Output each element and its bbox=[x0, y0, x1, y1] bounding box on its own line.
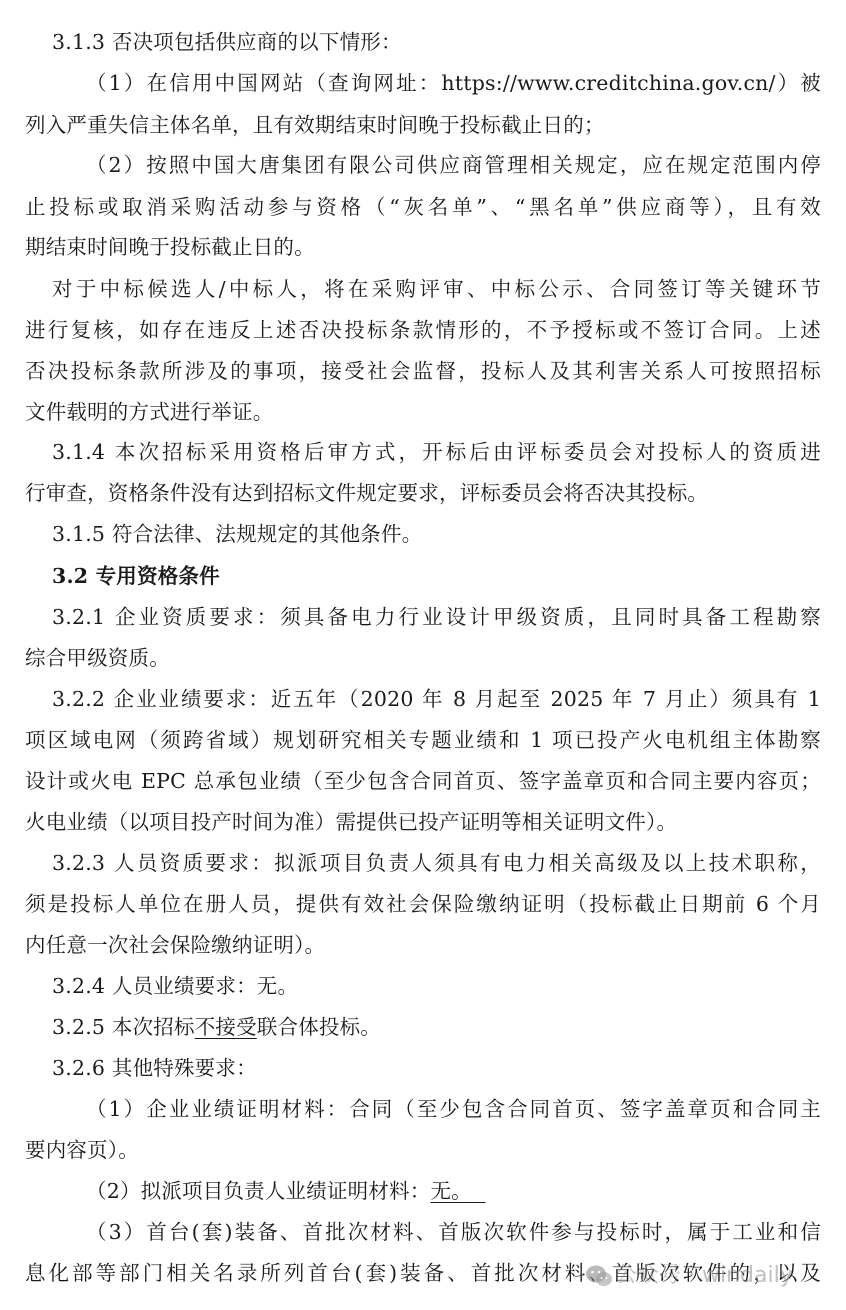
clause-3-2-2-cont-3: 火电业绩（以项目投产时间为准）需提供已投产证明等相关证明文件）。 bbox=[25, 802, 821, 843]
clause-3-2-5-suffix: 联合体投标。 bbox=[257, 1015, 381, 1039]
clause-3-2-5-underlined: 不接受 bbox=[195, 1015, 257, 1039]
clause-3-2-1-cont: 综合甲级资质。 bbox=[25, 638, 821, 679]
clause-3-2-3-cont-1: 须是投标人单位在册人员，提供有效社会保险缴纳证明（投标截止日期前 6 个月 bbox=[25, 884, 821, 925]
clause-3-1-3-item-1: （1）在信用中国网站（查询网址：https://www.creditchina.… bbox=[86, 63, 821, 104]
clause-3-1-4-cont: 行审查，资格条件没有达到招标文件规定要求，评标委员会将否决其投标。 bbox=[25, 473, 821, 514]
clause-3-2-6-item-3: （3）首台(套)装备、首批次材料、首版次软件参与投标时，属于工业和信 bbox=[86, 1212, 821, 1253]
clause-3-1-5: 3.1.5 符合法律、法规规定的其他条件。 bbox=[52, 514, 821, 555]
clause-3-2-2-cont-1: 项区域电网（须跨省域）规划研究相关专题业绩和 1 项已投产火电机组主体勘察 bbox=[25, 720, 821, 761]
clause-3-2-6: 3.2.6 其他特殊要求： bbox=[52, 1048, 821, 1089]
clause-3-2-3: 3.2.3 人员资质要求：拟派项目负责人须具有电力相关高级及以上技术职称， bbox=[52, 843, 821, 884]
clause-3-2-5: 3.2.5 本次招标不接受联合体投标。 bbox=[52, 1007, 821, 1048]
clause-3-2-5-prefix: 3.2.5 本次招标 bbox=[52, 1015, 195, 1039]
document-page: 3.1.3 否决项包括供应商的以下情形： （1）在信用中国网站（查询网址：htt… bbox=[0, 0, 846, 1310]
review-paragraph-cont-2: 否决投标条款所涉及的事项，接受社会监督，投标人及其利害关系人可按照招标 bbox=[25, 351, 821, 392]
review-paragraph: 对于中标候选人/中标人，将在采购评审、中标公示、合同签订等关键环节 bbox=[52, 269, 821, 310]
clause-3-2-6-item-2: （2）拟派项目负责人业绩证明材料：无。 bbox=[86, 1171, 821, 1212]
clause-3-2-6-item-1-cont: 要内容页）。 bbox=[25, 1130, 821, 1171]
clause-3-1-3-item-2-cont: 止投标或取消采购活动参与资格（“灰名单”、“黑名单”供应商等），且有效 bbox=[25, 187, 821, 228]
clause-3-1-3-item-2-cont-2: 期结束时间晚于投标截止日的。 bbox=[25, 227, 821, 268]
section-3-2-heading: 3.2 专用资格条件 bbox=[52, 556, 821, 597]
clause-3-1-3-item-2: （2）按照中国大唐集团有限公司供应商管理相关规定，应在规定范围内停 bbox=[86, 145, 821, 186]
clause-3-2-6-item-2-value: 无。 bbox=[430, 1179, 471, 1203]
clause-3-1-3-heading: 3.1.3 否决项包括供应商的以下情形： bbox=[52, 22, 821, 63]
clause-3-1-4: 3.1.4 本次招标采用资格后审方式，开标后由评标委员会对投标人的资质进 bbox=[52, 432, 821, 473]
clause-3-2-4: 3.2.4 人员业绩要求：无。 bbox=[52, 966, 821, 1007]
clause-3-2-1: 3.2.1 企业资质要求：须具备电力行业设计甲级资质，且同时具备工程勘察 bbox=[52, 597, 821, 638]
clause-3-2-6-item-2-label: （2）拟派项目负责人业绩证明材料： bbox=[86, 1179, 430, 1203]
clause-3-2-6-item-3-cont: 息化部等部门相关名录所列首台(套)装备、首批次材料、首版次软件的，以及 bbox=[25, 1253, 821, 1294]
clause-3-2-3-cont-2: 内任意一次社会保险缴纳证明）。 bbox=[25, 925, 821, 966]
review-paragraph-cont-1: 进行复核，如存在违反上述否决投标条款情形的，不予授标或不签订合同。上述 bbox=[25, 310, 821, 351]
clause-3-2-2-cont-2: 设计或火电 EPC 总承包业绩（至少包含合同首页、签字盖章页和合同主要内容页； bbox=[25, 761, 821, 802]
clause-3-1-3-item-1-cont: 列入严重失信主体名单，且有效期结束时间晚于投标截止日的； bbox=[25, 105, 821, 146]
clause-3-2-6-item-1: （1）企业业绩证明材料：合同（至少包含合同首页、签字盖章页和合同主 bbox=[86, 1089, 821, 1130]
clause-3-2-2: 3.2.2 企业业绩要求：近五年（2020 年 8 月起至 2025 年 7 月… bbox=[52, 679, 821, 720]
review-paragraph-cont-3: 文件载明的方式进行举证。 bbox=[25, 392, 821, 433]
